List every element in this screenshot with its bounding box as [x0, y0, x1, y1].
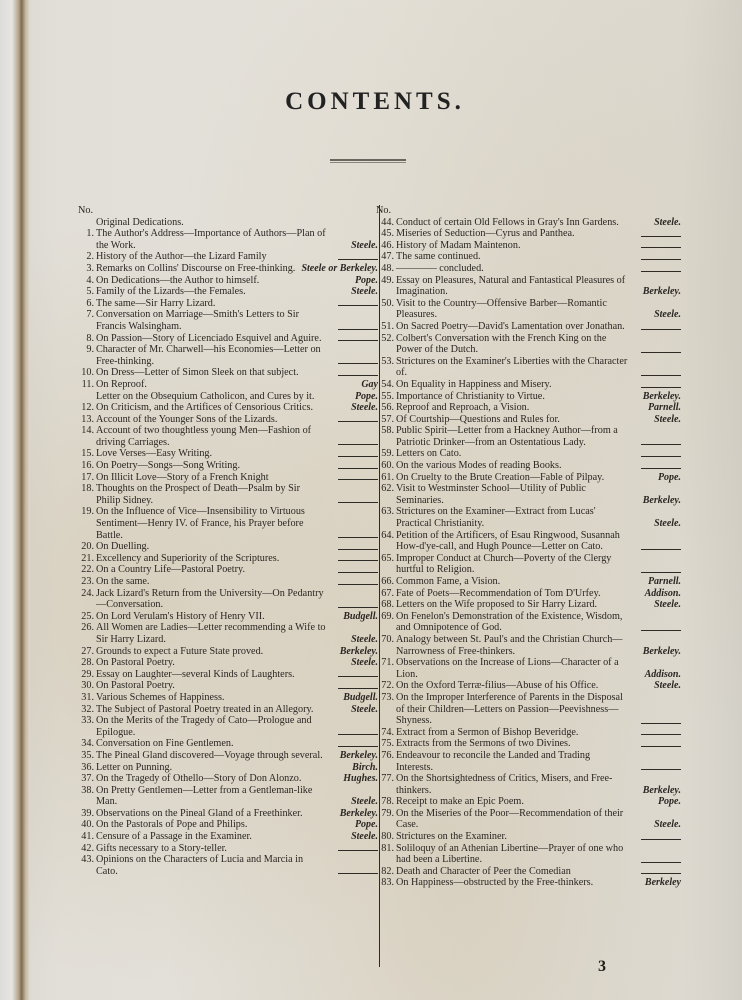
entry-number: 82. [378, 866, 394, 878]
entry-title: On the Miseries of the Poor—Recommendati… [396, 808, 629, 831]
contents-entry: 70.Analogy between St. Paul's and the Ch… [376, 634, 681, 657]
ditto-author-rule [338, 688, 378, 689]
entry-author: Steele. [654, 518, 681, 530]
contents-entry: 33.On the Merits of the Tragedy of Cato—… [78, 715, 378, 738]
contents-entry: 63.Strictures on the Examiner—Extract fr… [376, 506, 681, 529]
entry-title: Thoughts on the Prospect of Death—Psalm … [96, 483, 326, 506]
entry-title: Censure of a Passage in the Examiner. [96, 831, 326, 843]
entry-number: 66. [378, 576, 394, 588]
entry-title: On the Oxford Terræ-filius—Abuse of his … [396, 680, 629, 692]
entry-number: 34. [78, 738, 94, 750]
right-entry-list: 44.Conduct of certain Old Fellows in Gra… [376, 217, 681, 889]
entry-title: Essay on Laughter—several Kinds of Laugh… [96, 669, 326, 681]
entry-author: Berkeley. [643, 286, 681, 298]
entry-title: On Lord Verulam's History of Henry VII. [96, 611, 326, 623]
entry-author: Parnell. [648, 576, 681, 588]
entry-author: Berkeley. [643, 495, 681, 507]
contents-entry: 48.———— concluded. [376, 263, 681, 275]
entry-number: 40. [78, 819, 94, 831]
entry-number: 43. [78, 854, 94, 866]
entry-title: Letter on Punning. [96, 762, 326, 774]
entry-number: 53. [378, 356, 394, 368]
entry-number: 22. [78, 564, 94, 576]
entry-author: Hughes. [343, 773, 378, 785]
entry-title: Strictures on the Examiner's Liberties w… [396, 356, 629, 379]
contents-entry: 51.On Sacred Poetry—David's Lamentation … [376, 321, 681, 333]
entry-number: 18. [78, 483, 94, 495]
entry-title: On Pastoral Poetry. [96, 680, 326, 692]
entry-number: 83. [378, 877, 394, 889]
contents-entry: 17.On Illicit Love—Story of a French Kni… [78, 472, 378, 484]
contents-entry: 72.On the Oxford Terræ-filius—Abuse of h… [376, 680, 681, 692]
contents-entry: 57.Of Courtship—Questions and Rules for.… [376, 414, 681, 426]
entry-number: 27. [78, 646, 94, 658]
ditto-author-rule [641, 723, 681, 724]
entry-title: Family of the Lizards—the Females. [96, 286, 326, 298]
ditto-author-rule [641, 236, 681, 237]
entry-number: 35. [78, 750, 94, 762]
entry-title: Of Courtship—Questions and Rules for. [396, 414, 629, 426]
entry-number: 13. [78, 414, 94, 426]
contents-entry: 62.Visit to Westminster School—Utility o… [376, 483, 681, 506]
entry-number: 72. [378, 680, 394, 692]
entry-author: Berkeley [645, 877, 681, 889]
contents-entry: 79.On the Miseries of the Poor—Recommend… [376, 808, 681, 831]
contents-entry: 21.Excellency and Superiority of the Scr… [78, 553, 378, 565]
contents-entry: 8.On Passion—Story of Licenciado Esquive… [78, 333, 378, 345]
contents-entry: 4.On Dedications—the Author to himself.P… [78, 275, 378, 287]
entry-number: 15. [78, 448, 94, 460]
page-number: 3 [598, 958, 606, 976]
entry-title: The Subject of Pastoral Poetry treated i… [96, 704, 326, 716]
entry-number: 14. [78, 425, 94, 437]
ditto-author-rule [338, 676, 378, 677]
contents-entry: 30.On Pastoral Poetry. [78, 680, 378, 692]
contents-entry: 25.On Lord Verulam's History of Henry VI… [78, 611, 378, 623]
entry-number: 17. [78, 472, 94, 484]
entry-title: Grounds to expect a Future State proved. [96, 646, 326, 658]
entry-title: Petition of the Artificers, of Esau Ring… [396, 530, 629, 553]
entry-author: Steele. [654, 414, 681, 426]
entry-number: 63. [378, 506, 394, 518]
contents-entry: 5.Family of the Lizards—the Females.Stee… [78, 286, 378, 298]
entry-title: On Equality in Happiness and Misery. [396, 379, 629, 391]
ditto-author-rule [338, 850, 378, 851]
entry-author: Berkeley. [643, 391, 681, 403]
ditto-author-rule [641, 734, 681, 735]
entry-author: Berkeley. [340, 808, 378, 820]
entry-number: 7. [78, 309, 94, 321]
contents-entry: 76.Endeavour to reconcile the Landed and… [376, 750, 681, 773]
contents-entry: 36.Letter on Punning.Birch. [78, 762, 378, 774]
entry-title: On Passion—Story of Licenciado Esquivel … [96, 333, 326, 345]
contents-entry: 61.On Cruelty to the Brute Creation—Fabl… [376, 472, 681, 484]
entry-number: 58. [378, 425, 394, 437]
entry-author: Steele. [654, 309, 681, 321]
entry-number: 68. [378, 599, 394, 611]
entry-title: Excellency and Superiority of the Script… [96, 553, 326, 565]
entry-title: Strictures on the Examiner. [396, 831, 629, 843]
contents-entry: 75.Extracts from the Sermons of two Divi… [376, 738, 681, 750]
contents-entry: 42.Gifts necessary to a Story-teller. [78, 843, 378, 855]
entry-title: Observations on the Pineal Gland of a Fr… [96, 808, 326, 820]
entry-title: On the Merits of the Tragedy of Cato—Pro… [96, 715, 326, 738]
ditto-author-rule [641, 468, 681, 469]
entry-author: Steele. [351, 796, 378, 808]
contents-entry: 83.On Happiness—obstructed by the Free-t… [376, 877, 681, 889]
contents-entry: 12.On Criticism, and the Artifices of Ce… [78, 402, 378, 414]
contents-entry: 31.Various Schemes of Happiness.Budgell. [78, 692, 378, 704]
contents-entry: 71.Observations on the Increase of Lions… [376, 657, 681, 680]
entry-number: 30. [78, 680, 94, 692]
entry-author: Steele. [351, 831, 378, 843]
entry-title: All Women are Ladies—Letter recommending… [96, 622, 326, 645]
entry-title: On the Shortsightedness of Critics, Mise… [396, 773, 629, 796]
entry-number: 32. [78, 704, 94, 716]
contents-left-column: No. Original Dedications. 1.The Author's… [78, 205, 378, 877]
entry-title: Endeavour to reconcile the Landed and Tr… [396, 750, 629, 773]
ditto-author-rule [641, 572, 681, 573]
ditto-author-rule [641, 259, 681, 260]
ditto-author-rule [641, 746, 681, 747]
contents-entry: 46.History of Madam Maintenon. [376, 240, 681, 252]
entry-number: 69. [378, 611, 394, 623]
entry-number: 57. [378, 414, 394, 426]
entry-number: 37. [78, 773, 94, 785]
entry-number: 77. [378, 773, 394, 785]
ditto-author-rule [338, 444, 378, 445]
entry-title: Love Verses—Easy Writing. [96, 448, 326, 460]
entry-title: Essay on Pleasures, Natural and Fantasti… [396, 275, 629, 298]
entry-author: Steele. [654, 599, 681, 611]
book-spine-edge [0, 0, 30, 1000]
entry-number: 36. [78, 762, 94, 774]
contents-entry: 41.Censure of a Passage in the Examiner.… [78, 831, 378, 843]
entry-number: 48. [378, 263, 394, 275]
entry-title: On Happiness—obstructed by the Free-thin… [396, 877, 629, 889]
entry-title: On Poetry—Songs—Song Writing. [96, 460, 326, 472]
entry-number: 20. [78, 541, 94, 553]
entry-number: 41. [78, 831, 94, 843]
contents-entry: 14.Account of two thoughtless young Men—… [78, 425, 378, 448]
entry-title: Letters on Cato. [396, 448, 629, 460]
entry-number: 67. [378, 588, 394, 600]
ditto-author-rule [338, 340, 378, 341]
entry-author: Steele. [351, 286, 378, 298]
contents-entry: 35.The Pineal Gland discovered—Voyage th… [78, 750, 378, 762]
contents-entry: 27.Grounds to expect a Future State prov… [78, 646, 378, 658]
entry-title: Account of the Younger Sons of the Lizar… [96, 414, 326, 426]
entry-author: Steele. [351, 634, 378, 646]
entry-number: 76. [378, 750, 394, 762]
entry-author: Steele. [351, 657, 378, 669]
ditto-author-rule [641, 444, 681, 445]
entry-author: Budgell. [343, 692, 378, 704]
ditto-author-rule [338, 560, 378, 561]
entry-title: On Dedications—the Author to himself. [96, 275, 326, 287]
contents-entry: 20.On Duelling. [78, 541, 378, 553]
ditto-author-rule [338, 329, 378, 330]
entry-title: On Reproof. [96, 379, 326, 391]
entry-number: 23. [78, 576, 94, 588]
entry-number: 39. [78, 808, 94, 820]
ditto-author-rule [641, 862, 681, 863]
entry-title: Miseries of Seduction—Cyrus and Panthea. [396, 228, 629, 240]
entry-title: Visit to the Country—Offensive Barber—Ro… [396, 298, 629, 321]
contents-entry: 58.Public Spirit—Letter from a Hackney A… [376, 425, 681, 448]
contents-entry: 37.On the Tragedy of Othello—Story of Do… [78, 773, 378, 785]
entry-number: 6. [78, 298, 94, 310]
entry-number: 29. [78, 669, 94, 681]
ditto-author-rule [338, 259, 378, 260]
contents-entry: 39.Observations on the Pineal Gland of a… [78, 808, 378, 820]
ditto-author-rule [641, 352, 681, 353]
entry-author: Pope. [355, 275, 378, 287]
entry-title: The Pineal Gland discovered—Voyage throu… [96, 750, 326, 762]
ditto-author-rule [641, 247, 681, 248]
ditto-author-rule [641, 839, 681, 840]
contents-entry: 10.On Dress—Letter of Simon Sleek on tha… [78, 367, 378, 379]
column-header-no: No. [78, 205, 378, 217]
page-title: CONTENTS. [0, 88, 742, 116]
ditto-author-rule [641, 769, 681, 770]
ditto-author-rule [338, 305, 378, 306]
entry-number: 25. [78, 611, 94, 623]
entry-title: History of Madam Maintenon. [396, 240, 629, 252]
entry-author: Pope. [355, 819, 378, 831]
ditto-author-rule [641, 549, 681, 550]
entry-title: The Author's Address—Importance of Autho… [96, 228, 326, 251]
entry-number: 54. [378, 379, 394, 391]
contents-entry: 23.On the same. [78, 576, 378, 588]
entry-title: Various Schemes of Happiness. [96, 692, 326, 704]
contents-entry: 9.Character of Mr. Charwell—his Economie… [78, 344, 378, 367]
entry-number: 64. [378, 530, 394, 542]
entry-title: Visit to Westminster School—Utility of P… [396, 483, 629, 506]
contents-entry: 19.On the Influence of Vice—Insensibilit… [78, 506, 378, 541]
contents-entry: 44.Conduct of certain Old Fellows in Gra… [376, 217, 681, 229]
ditto-author-rule [338, 375, 378, 376]
entry-number: 51. [378, 321, 394, 333]
contents-entry: 16.On Poetry—Songs—Song Writing. [78, 460, 378, 472]
entry-title: Conduct of certain Old Fellows in Gray's… [396, 217, 629, 229]
section-subheading: Original Dedications. [78, 217, 378, 229]
entry-title: Colbert's Conversation with the French K… [396, 333, 629, 356]
entry-number: 73. [378, 692, 394, 704]
contents-entry: 68.Letters on the Wife proposed to Sir H… [376, 599, 681, 611]
entry-number: 50. [378, 298, 394, 310]
entry-title: The same continued. [396, 251, 629, 263]
ditto-author-rule [338, 607, 378, 608]
entry-number: 56. [378, 402, 394, 414]
entry-title: Extracts from the Sermons of two Divines… [396, 738, 629, 750]
entry-title: On the Influence of Vice—Insensibility t… [96, 506, 326, 541]
contents-entry: 24.Jack Lizard's Return from the Univers… [78, 588, 378, 611]
entry-number: 46. [378, 240, 394, 252]
entry-title: Receipt to make an Epic Poem. [396, 796, 629, 808]
entry-title: Character of Mr. Charwell—his Economies—… [96, 344, 326, 367]
entry-number: 79. [378, 808, 394, 820]
contents-entry: 2.History of the Author—the Lizard Famil… [78, 251, 378, 263]
entry-title: On the Pastorals of Pope and Philips. [96, 819, 326, 831]
contents-entry: 55.Importance of Christianity to Virtue.… [376, 391, 681, 403]
entry-title: Soliloquy of an Athenian Libertine—Praye… [396, 843, 629, 866]
contents-entry: 69.On Fenelon's Demonstration of the Exi… [376, 611, 681, 634]
column-header-no: No. [376, 205, 681, 217]
contents-right-column: No. 44.Conduct of certain Old Fellows in… [376, 205, 681, 889]
entry-number: 78. [378, 796, 394, 808]
entry-number: 52. [378, 333, 394, 345]
entry-number: 71. [378, 657, 394, 669]
ditto-author-rule [641, 387, 681, 388]
entry-title: On Duelling. [96, 541, 326, 553]
entry-title: Opinions on the Characters of Lucia and … [96, 854, 326, 877]
ditto-author-rule [338, 537, 378, 538]
ditto-author-rule [641, 375, 681, 376]
entry-title: Account of two thoughtless young Men—Fas… [96, 425, 326, 448]
entry-title: Gifts necessary to a Story-teller. [96, 843, 326, 855]
contents-entry: 50.Visit to the Country—Offensive Barber… [376, 298, 681, 321]
ditto-author-rule [338, 456, 378, 457]
entry-number: 42. [78, 843, 94, 855]
contents-entry: 52.Colbert's Conversation with the Frenc… [376, 333, 681, 356]
entry-number: 61. [378, 472, 394, 484]
entry-number: 26. [78, 622, 94, 634]
entry-number: 75. [378, 738, 394, 750]
entry-author: Parnell. [648, 402, 681, 414]
contents-entry: 40.On the Pastorals of Pope and Philips.… [78, 819, 378, 831]
contents-entry: 38.On Pretty Gentlemen—Letter from a Gen… [78, 785, 378, 808]
entry-title: Conversation on Marriage—Smith's Letters… [96, 309, 326, 332]
ditto-author-rule [641, 873, 681, 874]
entry-number: 3. [78, 263, 94, 275]
contents-entry: 54.On Equality in Happiness and Misery. [376, 379, 681, 391]
entry-number: 55. [378, 391, 394, 403]
entry-author: Addison. [645, 588, 681, 600]
entry-author: Berkeley. [643, 785, 681, 797]
entry-number: 2. [78, 251, 94, 263]
title-rule-divider [330, 159, 406, 163]
entry-title: On Fenelon's Demonstration of the Existe… [396, 611, 629, 634]
left-entry-list: 1.The Author's Address—Importance of Aut… [78, 228, 378, 877]
entry-author: Berkeley. [643, 646, 681, 658]
entry-number: 24. [78, 588, 94, 600]
entry-title: On Pretty Gentlemen—Letter from a Gentle… [96, 785, 326, 808]
ditto-author-rule [338, 468, 378, 469]
entry-title: On a Country Life—Pastoral Poetry. [96, 564, 326, 576]
contents-entry: 81.Soliloquy of an Athenian Libertine—Pr… [376, 843, 681, 866]
ditto-author-rule [338, 479, 378, 480]
entry-title: On the Tragedy of Othello—Story of Don A… [96, 773, 326, 785]
entry-number: 59. [378, 448, 394, 460]
contents-entry: 28.On Pastoral Poetry.Steele. [78, 657, 378, 669]
entry-number: 28. [78, 657, 94, 669]
ditto-author-rule [338, 572, 378, 573]
entry-author: Pope. [658, 472, 681, 484]
entry-title: Reproof and Reproach, a Vision. [396, 402, 629, 414]
entry-number: 1. [78, 228, 94, 240]
entry-number: 4. [78, 275, 94, 287]
entry-title: On Criticism, and the Artifices of Censo… [96, 402, 326, 414]
entry-author: Pope. [355, 391, 378, 403]
entry-number: 31. [78, 692, 94, 704]
contents-entry: 77.On the Shortsightedness of Critics, M… [376, 773, 681, 796]
entry-title: On Illicit Love—Story of a French Knight [96, 472, 326, 484]
entry-number: 11. [78, 379, 94, 391]
ditto-author-rule [338, 734, 378, 735]
entry-title: Fate of Poets—Recommendation of Tom D'Ur… [396, 588, 629, 600]
contents-entry: 3.Remarks on Collins' Discourse on Free-… [78, 263, 378, 275]
contents-entry: 18.Thoughts on the Prospect of Death—Psa… [78, 483, 378, 506]
entry-title: Letters on the Wife proposed to Sir Harr… [396, 599, 629, 611]
contents-entry: 22.On a Country Life—Pastoral Poetry. [78, 564, 378, 576]
contents-entry: 53.Strictures on the Examiner's Libertie… [376, 356, 681, 379]
entry-title: Observations on the Increase of Lions—Ch… [396, 657, 629, 680]
entry-number: 74. [378, 727, 394, 739]
contents-entry: 56.Reproof and Reproach, a Vision.Parnel… [376, 402, 681, 414]
contents-entry: 59.Letters on Cato. [376, 448, 681, 460]
ditto-author-rule [641, 456, 681, 457]
entry-author: Steele. [351, 704, 378, 716]
entry-title: On Dress—Letter of Simon Sleek on that s… [96, 367, 326, 379]
contents-entry: 74.Extract from a Sermon of Bishop Bever… [376, 727, 681, 739]
contents-entry: 78.Receipt to make an Epic Poem.Pope. [376, 796, 681, 808]
entry-title: Common Fame, a Vision. [396, 576, 629, 588]
entry-title: Analogy between St. Paul's and the Chris… [396, 634, 629, 657]
contents-entry: 80.Strictures on the Examiner. [376, 831, 681, 843]
contents-entry: 34.Conversation on Fine Gentlemen. [78, 738, 378, 750]
entry-title: On Pastoral Poetry. [96, 657, 326, 669]
entry-number: 81. [378, 843, 394, 855]
contents-entry: 60.On the various Modes of reading Books… [376, 460, 681, 472]
entry-number: 5. [78, 286, 94, 298]
contents-entry: 15.Love Verses—Easy Writing. [78, 448, 378, 460]
entry-number: 21. [78, 553, 94, 565]
contents-entry: 66.Common Fame, a Vision.Parnell. [376, 576, 681, 588]
entry-author: Steele. [351, 240, 378, 252]
entry-title: Strictures on the Examiner—Extract from … [396, 506, 629, 529]
entry-title: History of the Author—the Lizard Family [96, 251, 326, 263]
contents-entry: 73.On the Improper Interference of Paren… [376, 692, 681, 727]
contents-entry: 1.The Author's Address—Importance of Aut… [78, 228, 378, 251]
entry-title: Public Spirit—Letter from a Hackney Auth… [396, 425, 629, 448]
entry-number: 10. [78, 367, 94, 379]
entry-author: Addison. [645, 669, 681, 681]
ditto-author-rule [338, 584, 378, 585]
contents-entry: 6.The same—Sir Harry Lizard. [78, 298, 378, 310]
entry-number: 45. [378, 228, 394, 240]
entry-number: 12. [78, 402, 94, 414]
entry-number: 65. [378, 553, 394, 565]
contents-entry: 13.Account of the Younger Sons of the Li… [78, 414, 378, 426]
contents-entry: 26.All Women are Ladies—Letter recommend… [78, 622, 378, 645]
entry-number: 80. [378, 831, 394, 843]
contents-entry: 11.On Reproof.Gay [78, 379, 378, 391]
entry-author: Steele. [351, 402, 378, 414]
entry-author: Steele. [654, 819, 681, 831]
ditto-author-rule [641, 630, 681, 631]
entry-title: The same—Sir Harry Lizard. [96, 298, 326, 310]
contents-entry: 45.Miseries of Seduction—Cyrus and Panth… [376, 228, 681, 240]
entry-title: Improper Conduct at Church—Poverty of th… [396, 553, 629, 576]
contents-entry: 47.The same continued. [376, 251, 681, 263]
entry-author: Budgell. [343, 611, 378, 623]
ditto-author-rule [338, 873, 378, 874]
entry-author: Steele or Berkeley. [301, 263, 378, 275]
entry-author: Berkeley. [340, 750, 378, 762]
contents-entry: 65.Improper Conduct at Church—Poverty of… [376, 553, 681, 576]
entry-title: Remarks on Collins' Discourse on Free-th… [96, 263, 326, 275]
